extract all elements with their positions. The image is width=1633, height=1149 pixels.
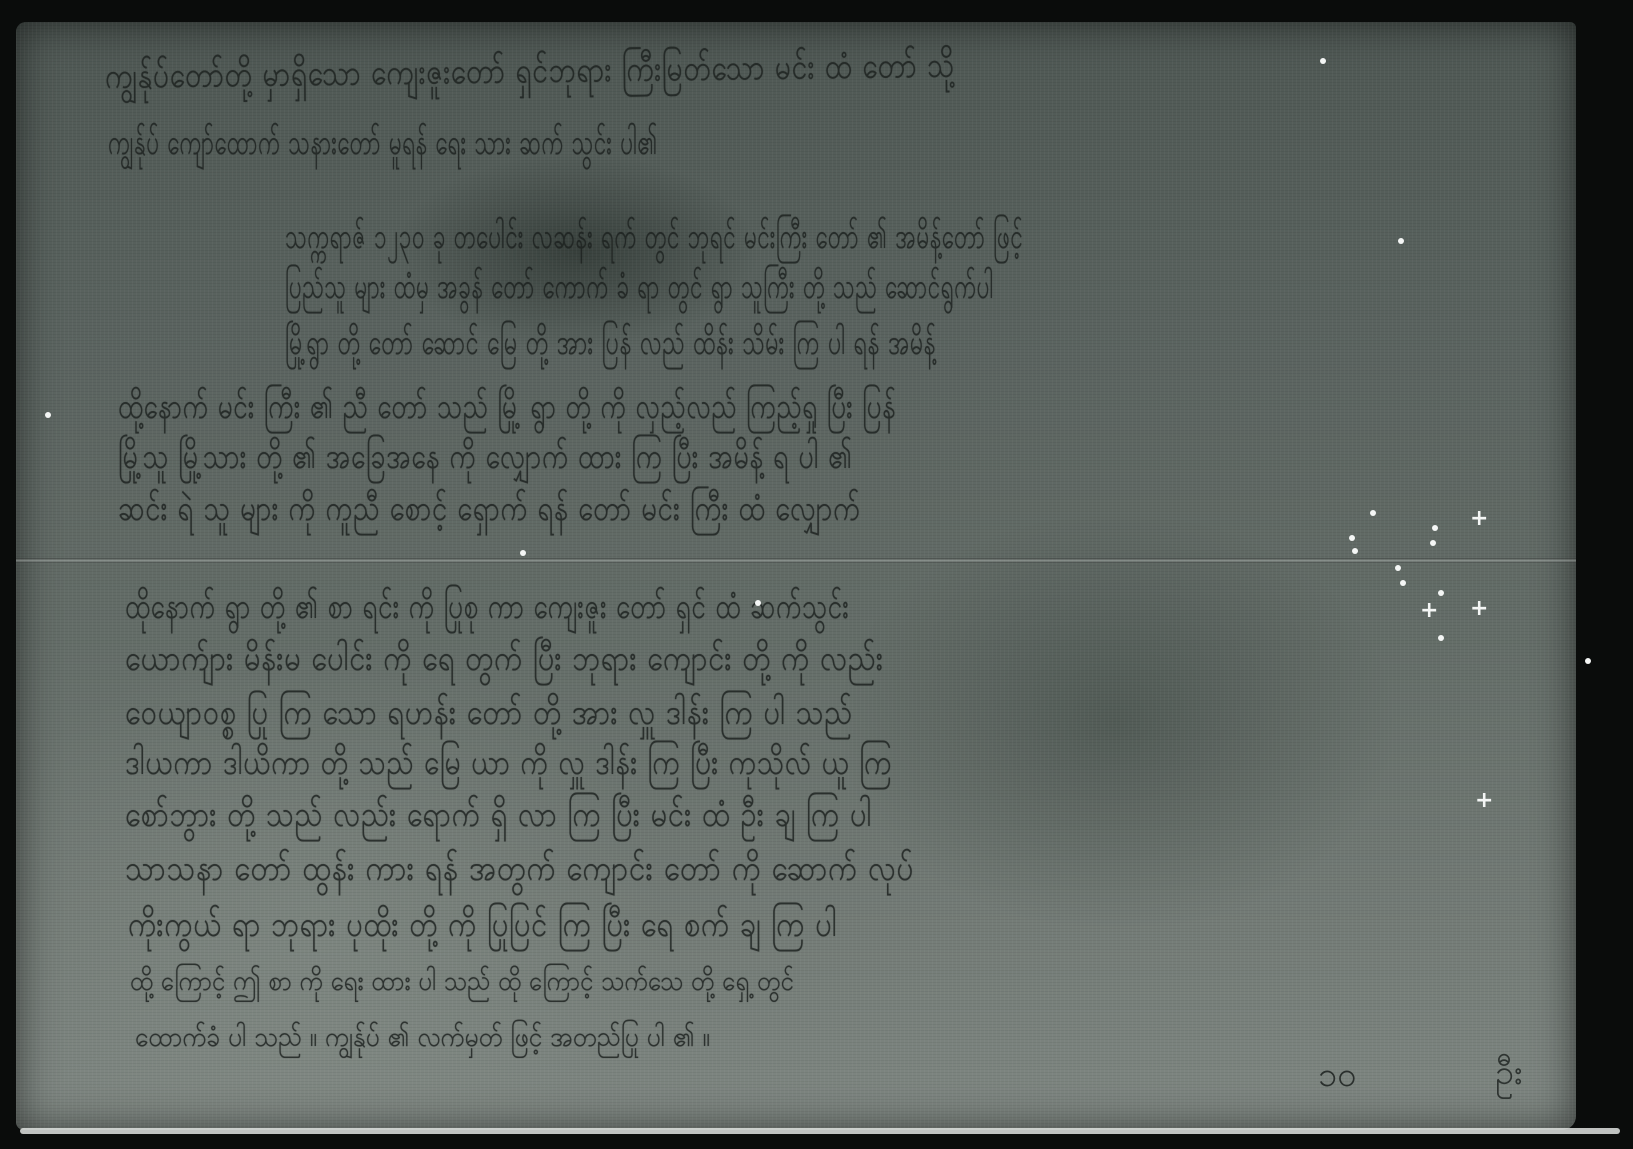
- manuscript-line-12: ဒါယကာ ဒါယိကာ တို့ သည် မြေ ယာ ကို လှူ ဒါန…: [125, 738, 892, 792]
- damage-speck: [1398, 238, 1404, 244]
- manuscript-line-4: ပြည်သူ များ ထံမှ အခွန် တော် ကောက် ခံ ရာ …: [285, 262, 994, 316]
- page-number: ၁၀: [1318, 1052, 1356, 1103]
- manuscript-line-5: မြို့ရွာ တို့ တော် ဆောင် မြေ တို့ အား ပြ…: [285, 318, 936, 372]
- damage-speck: [1349, 535, 1355, 541]
- damage-mark: +: [1420, 600, 1438, 622]
- damage-speck: [1395, 565, 1401, 571]
- manuscript-line-7: မြို့သူ မြို့သား တို့ ၏ အခြေအနေ ကို လျှေ…: [118, 432, 853, 486]
- signature-mark: ဦး: [1495, 1050, 1523, 1101]
- damage-speck: [1400, 580, 1406, 586]
- fold-line: [16, 558, 1576, 563]
- damage-mark: +: [1470, 508, 1488, 530]
- damage-speck: [1438, 635, 1444, 641]
- manuscript-line-14: သာသနာ တော် ထွန်း ကား ရန် အတွက် ကျောင်း တ…: [125, 844, 914, 898]
- damage-speck: [1320, 58, 1326, 64]
- damage-speck: [1432, 525, 1438, 531]
- damage-speck: [520, 550, 526, 556]
- page-bottom-edge: [20, 1128, 1620, 1134]
- manuscript-line-3: သက္ကရာဇ် ၁၂၃၀ ခု တပေါင်း လဆန်း ရက် တွင် …: [285, 212, 1023, 266]
- damage-speck: [1585, 658, 1591, 664]
- manuscript-line-2: ကျွန်ုပ် ကျော်ထောက် သနားတော် မူရန် ရေး သ…: [108, 118, 658, 172]
- manuscript-line-1: ကျွန်ုပ်တော်တို့ မှာရှိသော ကျေးဇူးတော် ရ…: [105, 41, 955, 106]
- damage-speck: [755, 600, 761, 606]
- manuscript-line-6: ထို့နောက် မင်း ကြီး ၏ ညီ တော် သည် မြို့ …: [118, 382, 896, 436]
- manuscript-line-9: ထိုနောက် ရွာ တို့ ၏ စာ ရင်း ကို ပြုစု ကာ…: [125, 582, 849, 636]
- manuscript-line-10: ယောက်ျား မိန်းမ ပေါင်း ကို ရေ တွက် ပြီး …: [125, 634, 884, 688]
- damage-speck: [1352, 548, 1358, 554]
- damage-speck: [45, 412, 51, 418]
- manuscript-line-15: ကိုးကွယ် ရာ ဘုရား ပုထိုး တို့ ကို ပြုပြင…: [128, 900, 837, 954]
- damage-speck: [1438, 590, 1444, 596]
- damage-mark: +: [1475, 790, 1493, 812]
- damage-mark: +: [1470, 598, 1488, 620]
- manuscript-line-17: ထောက်ခံ ပါ သည် ။ ကျွန်ုပ် ၏ လက်မှတ် ဖြင့…: [135, 1018, 710, 1060]
- damage-speck: [1430, 540, 1436, 546]
- manuscript-line-11: ဝေယျာဝစ္စ ပြု ကြ သော ရဟန်း တော် တို့ အား…: [125, 688, 853, 742]
- manuscript-line-16: ထို့ ကြောင့် ဤ စာ ကို ရေး ထား ပါ သည် ထို…: [130, 962, 794, 1004]
- damage-speck: [1370, 510, 1376, 516]
- manuscript-line-13: စော်ဘွား တို့ သည် လည်း ရောက် ရှိ လာ ကြ ပ…: [125, 790, 872, 844]
- manuscript-line-8: ဆင်း ရဲ သူ များ ကို ကူညီ စောင့် ရှောက် ရ…: [118, 484, 861, 538]
